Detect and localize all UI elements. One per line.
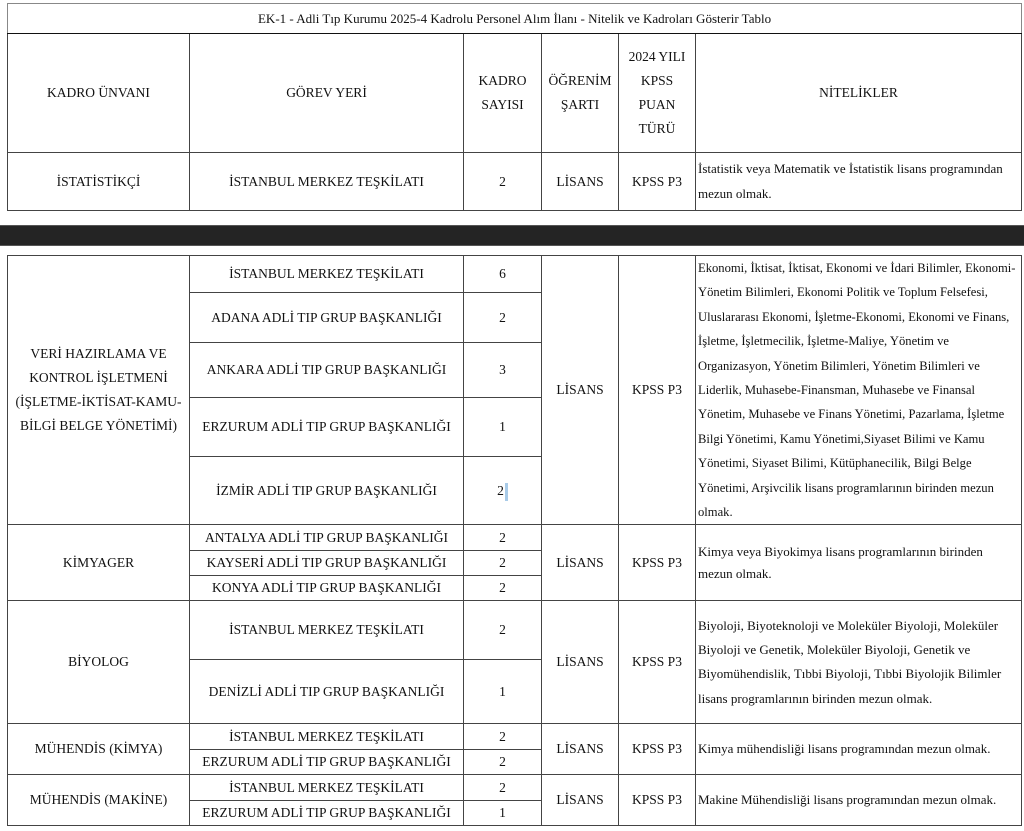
gorev-yeri-cell: İSTANBUL MERKEZ TEŞKİLATI bbox=[190, 601, 464, 660]
nitelikler-cell: Kimya mühendisliği lisans programından m… bbox=[696, 724, 1022, 775]
kadro-sayisi-cell: 2 bbox=[464, 525, 542, 551]
gorev-yeri-cell: DENİZLİ ADLİ TIP GRUP BAŞKANLIĞI bbox=[190, 660, 464, 724]
table-row: VERİ HAZIRLAMA VE KONTROL İŞLETMENİ (İŞL… bbox=[8, 256, 1022, 293]
gorev-yeri-cell: İZMİR ADLİ TIP GRUP BAŞKANLIĞI bbox=[190, 457, 464, 525]
gorev-yeri-cell: KAYSERİ ADLİ TIP GRUP BAŞKANLIĞI bbox=[190, 551, 464, 576]
gorev-yeri-cell: KONYA ADLİ TIP GRUP BAŞKANLIĞI bbox=[190, 576, 464, 601]
table-caption: EK-1 - Adli Tıp Kurumu 2025-4 Kadrolu Pe… bbox=[8, 4, 1022, 34]
gorev-yeri-cell: İSTANBUL MERKEZ TEŞKİLATI bbox=[190, 775, 464, 801]
kadro-sayisi-cell: 1 bbox=[464, 397, 542, 456]
positions-table-continued: VERİ HAZIRLAMA VE KONTROL İŞLETMENİ (İŞL… bbox=[7, 255, 1022, 826]
kadro-unvani-cell: BİYOLOG bbox=[8, 601, 190, 724]
kadro-unvani-cell: KİMYAGER bbox=[8, 525, 190, 601]
gorev-yeri-cell: ERZURUM ADLİ TIP GRUP BAŞKANLIĞI bbox=[190, 801, 464, 826]
ogrenim-sarti-cell: LİSANS bbox=[542, 601, 619, 724]
ogrenim-sarti-cell: LİSANS bbox=[542, 153, 619, 211]
kadro-sayisi-cell: 2 bbox=[464, 551, 542, 576]
ogrenim-sarti-cell: LİSANS bbox=[542, 525, 619, 601]
gorev-yeri-cell: İSTANBUL MERKEZ TEŞKİLATI bbox=[190, 724, 464, 750]
kpss-cell: KPSS P3 bbox=[619, 153, 696, 211]
positions-table-header-section: EK-1 - Adli Tıp Kurumu 2025-4 Kadrolu Pe… bbox=[7, 3, 1022, 211]
kadro-unvani-cell: İSTATİSTİKÇİ bbox=[8, 153, 190, 211]
ogrenim-sarti-cell: LİSANS bbox=[542, 775, 619, 826]
header-gorev-yeri: GÖREV YERİ bbox=[190, 34, 464, 153]
kadro-sayisi-cell: 2 bbox=[464, 601, 542, 660]
nitelikler-cell: Kimya veya Biyokimya lisans programların… bbox=[696, 525, 1022, 601]
page-separator-band bbox=[0, 225, 1024, 246]
kadro-sayisi-cell: 2 bbox=[464, 293, 542, 343]
kadro-sayisi-cell: 2 bbox=[464, 775, 542, 801]
text-cursor-selection bbox=[505, 483, 508, 501]
table-row: İSTATİSTİKÇİ İSTANBUL MERKEZ TEŞKİLATI 2… bbox=[8, 153, 1022, 211]
header-kadro-unvani: KADRO ÜNVANI bbox=[8, 34, 190, 153]
kadro-sayisi-cell: 2 bbox=[464, 750, 542, 775]
kpss-cell: KPSS P3 bbox=[619, 724, 696, 775]
gorev-yeri-cell: İSTANBUL MERKEZ TEŞKİLATI bbox=[190, 256, 464, 293]
gorev-yeri-cell: ANTALYA ADLİ TIP GRUP BAŞKANLIĞI bbox=[190, 525, 464, 551]
kadro-sayisi-cell: 2 bbox=[464, 724, 542, 750]
kadro-sayisi-cell[interactable]: 2 bbox=[464, 457, 542, 525]
kadro-sayisi-cell: 2 bbox=[464, 153, 542, 211]
table-row: BİYOLOG İSTANBUL MERKEZ TEŞKİLATI 2 LİSA… bbox=[8, 601, 1022, 660]
header-kpss-puan-turu: 2024 YILI KPSS PUAN TÜRÜ bbox=[619, 34, 696, 153]
kpss-cell: KPSS P3 bbox=[619, 256, 696, 525]
kadro-sayisi-cell: 1 bbox=[464, 660, 542, 724]
kadro-unvani-cell: VERİ HAZIRLAMA VE KONTROL İŞLETMENİ (İŞL… bbox=[8, 256, 190, 525]
nitelikler-cell: İstatistik veya Matematik ve İstatistik … bbox=[696, 153, 1022, 211]
gorev-yeri-cell: ERZURUM ADLİ TIP GRUP BAŞKANLIĞI bbox=[190, 397, 464, 456]
nitelikler-cell: Biyoloji, Biyoteknoloji ve Moleküler Biy… bbox=[696, 601, 1022, 724]
kadro-sayisi-cell: 1 bbox=[464, 801, 542, 826]
nitelikler-cell: Ekonomi, İktisat, İktisat, Ekonomi ve İd… bbox=[696, 256, 1022, 525]
gorev-yeri-cell: ERZURUM ADLİ TIP GRUP BAŞKANLIĞI bbox=[190, 750, 464, 775]
header-row: KADRO ÜNVANI GÖREV YERİ KADRO SAYISI ÖĞR… bbox=[8, 34, 1022, 153]
kpss-cell: KPSS P3 bbox=[619, 525, 696, 601]
kpss-cell: KPSS P3 bbox=[619, 775, 696, 826]
header-ogrenim-sarti: ÖĞRENİM ŞARTI bbox=[542, 34, 619, 153]
kadro-sayisi-cell: 3 bbox=[464, 343, 542, 397]
table-row: MÜHENDİS (KİMYA) İSTANBUL MERKEZ TEŞKİLA… bbox=[8, 724, 1022, 750]
kadro-unvani-cell: MÜHENDİS (MAKİNE) bbox=[8, 775, 190, 826]
table-row: MÜHENDİS (MAKİNE) İSTANBUL MERKEZ TEŞKİL… bbox=[8, 775, 1022, 801]
nitelikler-cell: Makine Mühendisliği lisans programından … bbox=[696, 775, 1022, 826]
kadro-sayisi-cell: 6 bbox=[464, 256, 542, 293]
gorev-yeri-cell: ADANA ADLİ TIP GRUP BAŞKANLIĞI bbox=[190, 293, 464, 343]
header-kadro-sayisi: KADRO SAYISI bbox=[464, 34, 542, 153]
ogrenim-sarti-cell: LİSANS bbox=[542, 256, 619, 525]
gorev-yeri-cell: ANKARA ADLİ TIP GRUP BAŞKANLIĞI bbox=[190, 343, 464, 397]
ogrenim-sarti-cell: LİSANS bbox=[542, 724, 619, 775]
header-nitelikler: NİTELİKLER bbox=[696, 34, 1022, 153]
kadro-unvani-cell: MÜHENDİS (KİMYA) bbox=[8, 724, 190, 775]
kpss-cell: KPSS P3 bbox=[619, 601, 696, 724]
table-row: KİMYAGER ANTALYA ADLİ TIP GRUP BAŞKANLIĞ… bbox=[8, 525, 1022, 551]
gorev-yeri-cell: İSTANBUL MERKEZ TEŞKİLATI bbox=[190, 153, 464, 211]
kadro-sayisi-cell: 2 bbox=[464, 576, 542, 601]
